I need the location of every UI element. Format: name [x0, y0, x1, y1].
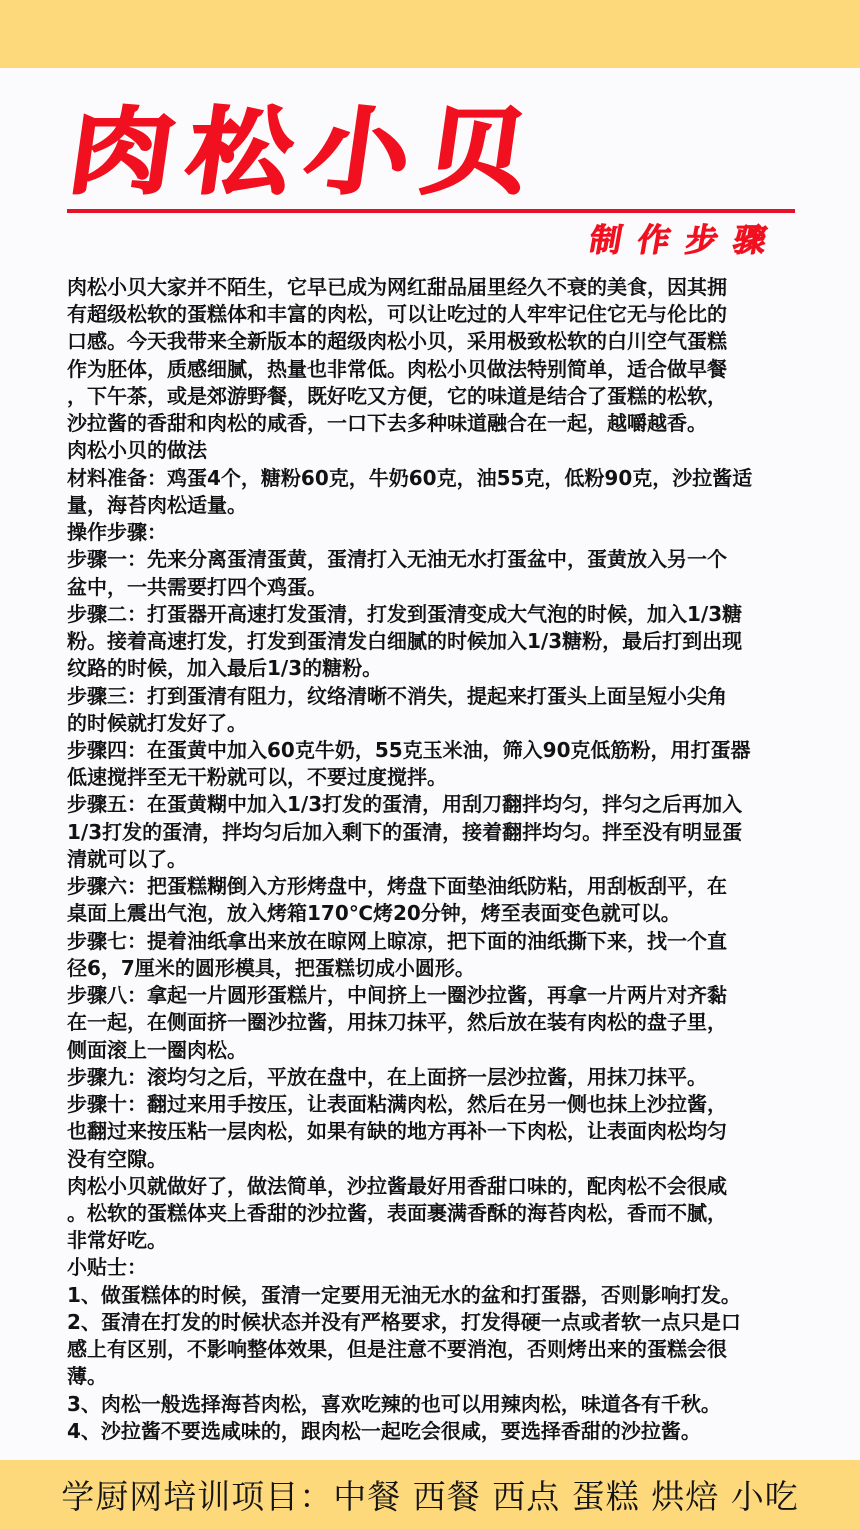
intro-line-2: 有超级松软的蛋糕体和丰富的肉松，可以让吃过的人牢牢记住它无与伦比的	[67, 301, 787, 328]
intro-line-6: 沙拉酱的香甜和肉松的咸香，一口下去多种味道融合在一起，越嚼越香。	[67, 410, 787, 437]
step-7-line-2: 径6，7厘米的圆形模具，把蛋糕切成小圆形。	[67, 955, 787, 982]
step-6-line-2: 桌面上震出气泡，放入烤箱170℃烤20分钟，烤至表面变色就可以。	[67, 900, 787, 927]
tip-2-line-1: 2、蛋清在打发的时候状态并没有严格要求，打发得硬一点或者软一点只是口	[67, 1309, 787, 1336]
page-subtitle: 制作步骤	[587, 222, 793, 258]
step-5-line-1: 步骤五：在蛋黄糊中加入1/3打发的蛋清，用刮刀翻拌均匀，拌匀之后再加入	[67, 791, 787, 818]
step-8-line-2: 在一起，在侧面挤一圈沙拉酱，用抹刀抹平，然后放在装有肉松的盘子里，	[67, 1009, 787, 1036]
tip-1-line-1: 1、做蛋糕体的时候，蛋清一定要用无油无水的盆和打蛋器，否则影响打发。	[67, 1282, 787, 1309]
step-1-line-1: 步骤一：先来分离蛋清蛋黄，蛋清打入无油无水打蛋盆中，蛋黄放入另一个	[67, 546, 787, 573]
tip-2-line-2: 感上有区别，不影响整体效果，但是注意不要消泡，否则烤出来的蛋糕会很	[67, 1336, 787, 1363]
section-heading-steps: 操作步骤：	[67, 519, 787, 546]
section-heading-tips: 小贴士：	[67, 1254, 787, 1281]
tip-4-line-1: 4、沙拉酱不要选咸味的，跟肉松一起吃会很咸，要选择香甜的沙拉酱。	[67, 1418, 787, 1445]
step-10-line-3: 没有空隙。	[67, 1146, 787, 1173]
step-7-line-1: 步骤七：提着油纸拿出来放在晾网上晾凉，把下面的油纸撕下来，找一个直	[67, 928, 787, 955]
step-10-line-1: 步骤十：翻过来用手按压，让表面粘满肉松，然后在另一侧也抹上沙拉酱，	[67, 1091, 787, 1118]
step-5-line-2: 1/3打发的蛋清，拌均匀后加入剩下的蛋清，接着翻拌均匀。拌至没有明显蛋	[67, 819, 787, 846]
step-10-line-2: 也翻过来按压粘一层肉松，如果有缺的地方再补一下肉松，让表面肉松均匀	[67, 1118, 787, 1145]
step-2-line-2: 粉。接着高速打发，打发到蛋清发白细腻的时候加入1/3糖粉，最后打到出现	[67, 628, 787, 655]
conclusion-line-3: 非常好吃。	[67, 1227, 787, 1254]
step-5-line-3: 清就可以了。	[67, 846, 787, 873]
recipe-body: 肉松小贝大家并不陌生，它早已成为网红甜品届里经久不衰的美食，因其拥 有超级松软的…	[67, 274, 787, 1445]
tip-2-line-3: 薄。	[67, 1363, 787, 1390]
step-6-line-1: 步骤六：把蛋糕糊倒入方形烤盘中，烤盘下面垫油纸防粘，用刮板刮平，在	[67, 873, 787, 900]
step-1-line-2: 盆中，一共需要打四个鸡蛋。	[67, 574, 787, 601]
top-banner-band	[0, 0, 860, 68]
tip-3-line-1: 3、肉松一般选择海苔肉松，喜欢吃辣的也可以用辣肉松，味道各有千秋。	[67, 1391, 787, 1418]
step-2-line-3: 纹路的时候，加入最后1/3的糖粉。	[67, 655, 787, 682]
title-underline-divider	[67, 209, 795, 213]
intro-line-1: 肉松小贝大家并不陌生，它早已成为网红甜品届里经久不衰的美食，因其拥	[67, 274, 787, 301]
ingredients-line-2: 量，海苔肉松适量。	[67, 492, 787, 519]
section-heading-method: 肉松小贝的做法	[67, 437, 787, 464]
footer-banner: 学厨网培训项目：中餐 西餐 西点 蛋糕 烘焙 小吃	[0, 1460, 860, 1529]
page-title: 肉松小贝	[63, 102, 597, 203]
step-3-line-1: 步骤三：打到蛋清有阻力，纹络清晰不消失，提起来打蛋头上面呈短小尖角	[67, 683, 787, 710]
conclusion-line-2: 。松软的蛋糕体夹上香甜的沙拉酱，表面裹满香酥的海苔肉松，香而不腻，	[67, 1200, 787, 1227]
step-9-line-1: 步骤九：滚均匀之后，平放在盘中，在上面挤一层沙拉酱，用抹刀抹平。	[67, 1064, 787, 1091]
step-8-line-1: 步骤八：拿起一片圆形蛋糕片，中间挤上一圈沙拉酱，再拿一片两片对齐黏	[67, 982, 787, 1009]
conclusion-line-1: 肉松小贝就做好了，做法简单，沙拉酱最好用香甜口味的，配肉松不会很咸	[67, 1173, 787, 1200]
intro-line-4: 作为胚体，质感细腻，热量也非常低。肉松小贝做法特别简单，适合做早餐	[67, 356, 787, 383]
step-2-line-1: 步骤二：打蛋器开高速打发蛋清，打发到蛋清变成大气泡的时候，加入1/3糖	[67, 601, 787, 628]
step-3-line-2: 的时候就打发好了。	[67, 710, 787, 737]
step-4-line-2: 低速搅拌至无干粉就可以，不要过度搅拌。	[67, 764, 787, 791]
step-8-line-3: 侧面滚上一圈肉松。	[67, 1037, 787, 1064]
intro-line-5: ，下午茶，或是郊游野餐，既好吃又方便，它的味道是结合了蛋糕的松软，	[67, 383, 787, 410]
intro-line-3: 口感。今天我带来全新版本的超级肉松小贝，采用极致松软的白川空气蛋糕	[67, 328, 787, 355]
footer-training-programs: 学厨网培训项目：中餐 西餐 西点 蛋糕 烘焙 小吃	[61, 1471, 798, 1518]
ingredients-line-1: 材料准备：鸡蛋4个，糖粉60克，牛奶60克，油55克，低粉90克，沙拉酱适	[67, 465, 787, 492]
step-4-line-1: 步骤四：在蛋黄中加入60克牛奶，55克玉米油，筛入90克低筋粉，用打蛋器	[67, 737, 787, 764]
